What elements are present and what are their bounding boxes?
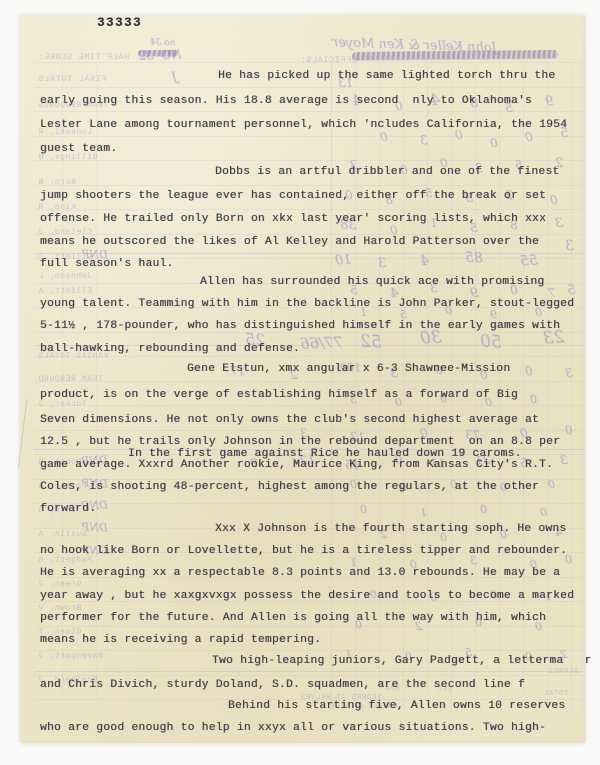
paper-sheet: [20, 15, 585, 743]
scanned-typewritten-page: HALF TIME SCORE:OFFICIALS:FINAL TOTALSTE…: [0, 0, 600, 765]
page-number: 33333: [97, 16, 142, 30]
